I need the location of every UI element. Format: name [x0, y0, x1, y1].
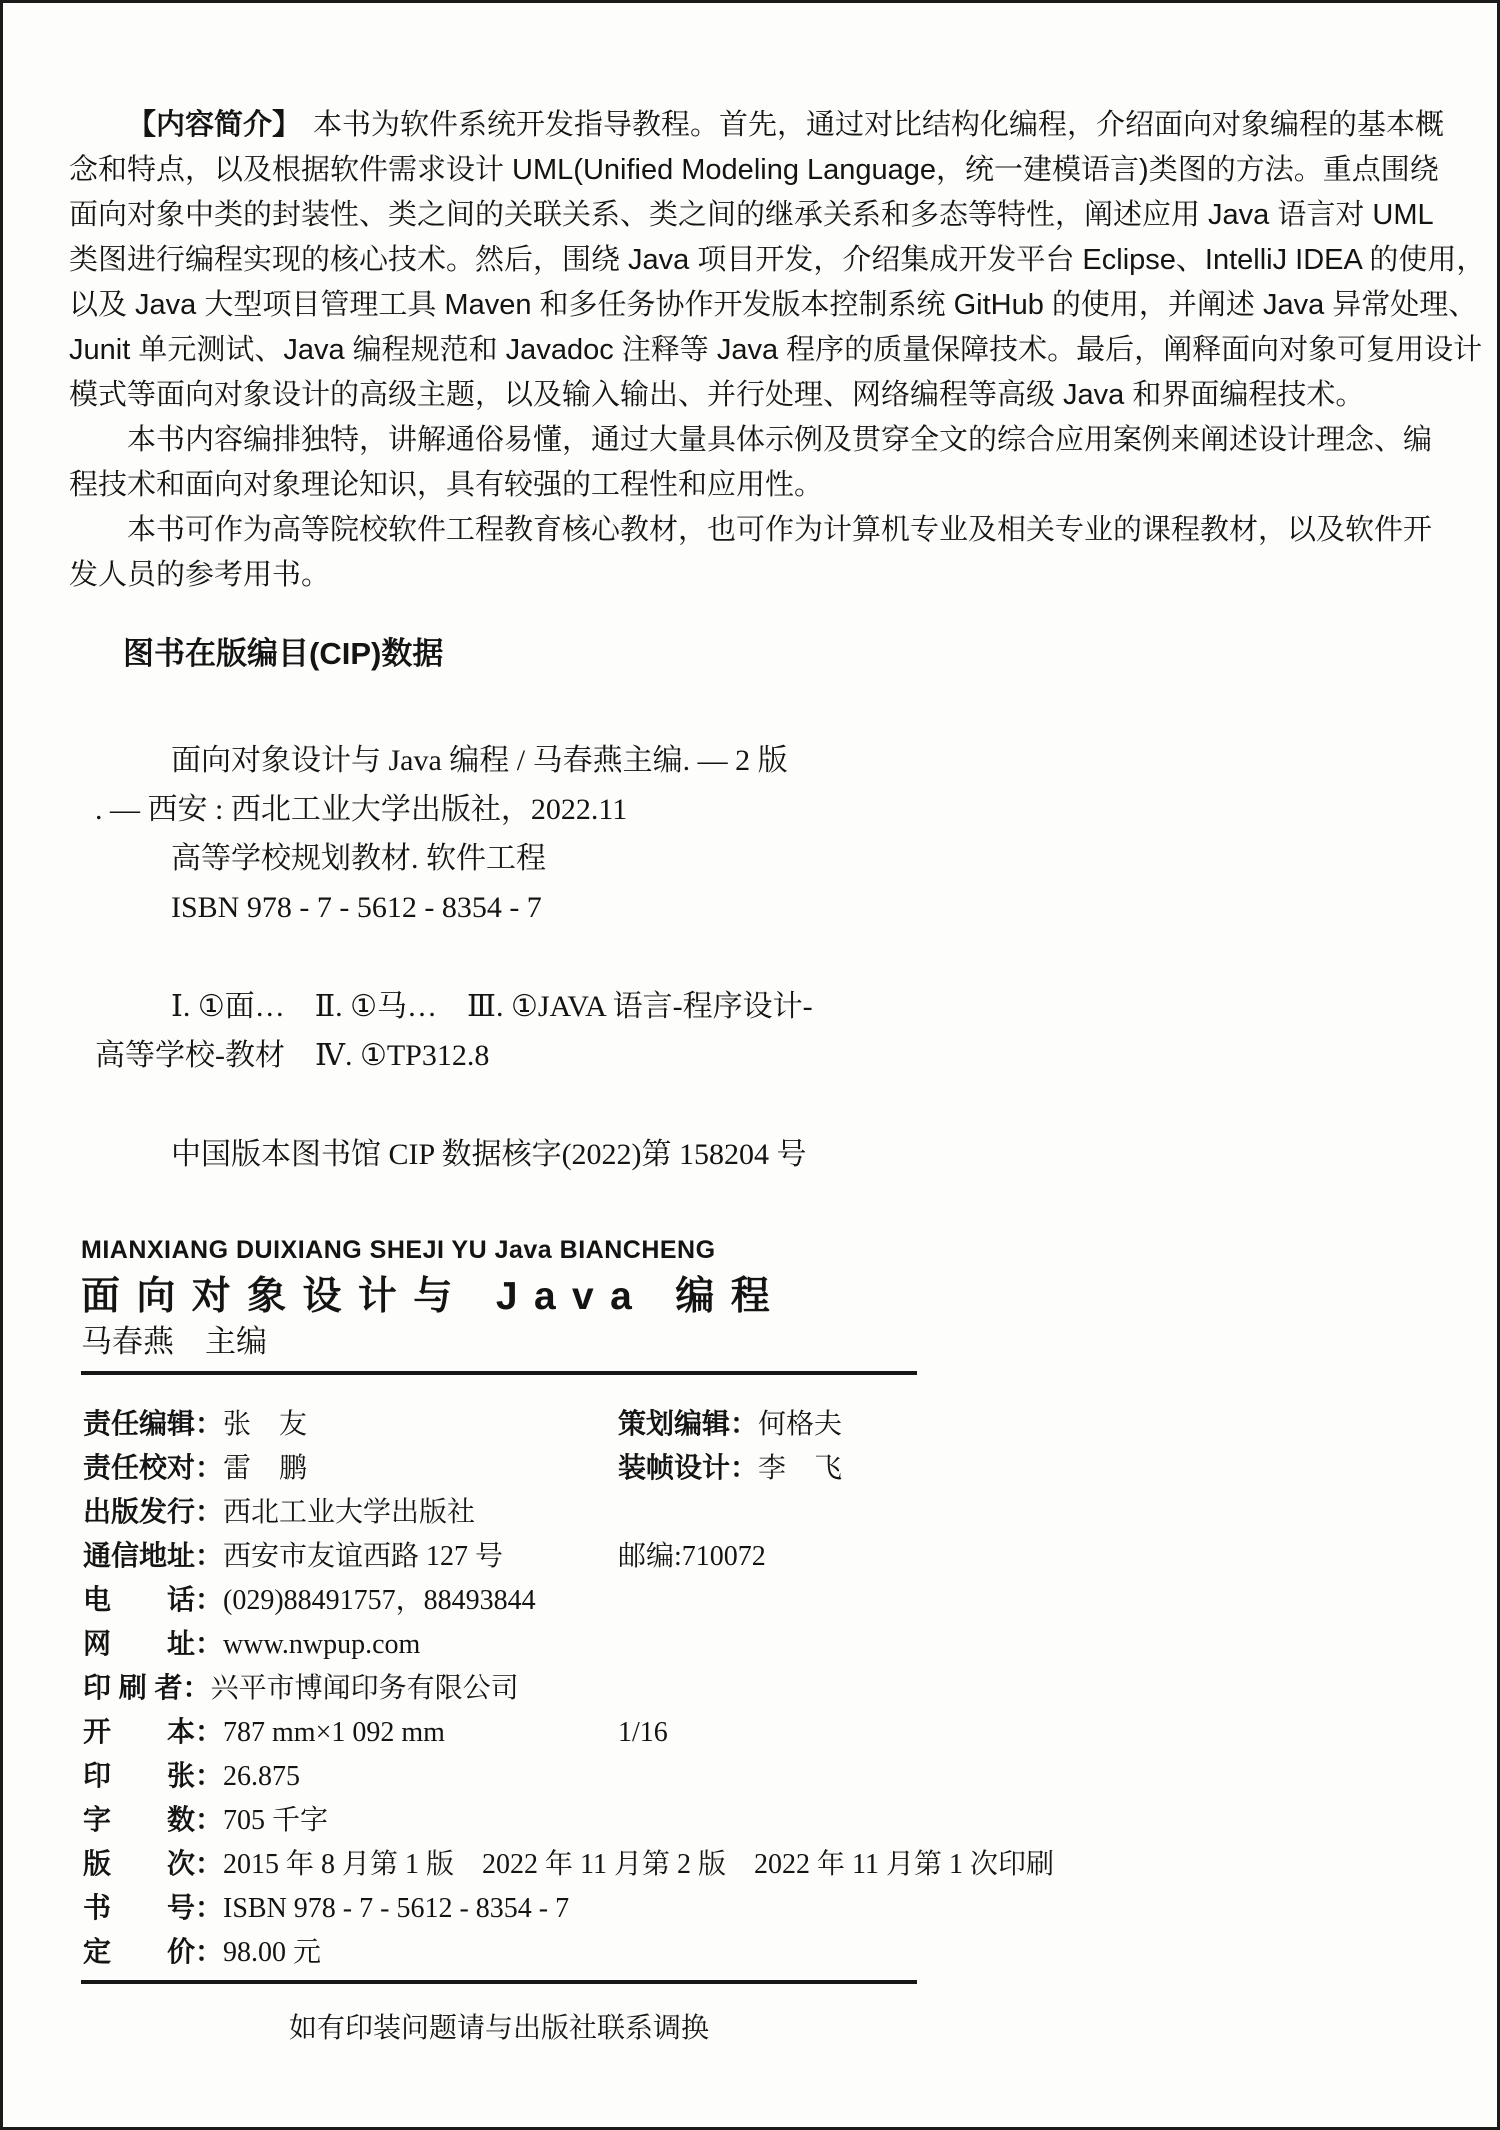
intro-line: 发人员的参考用书。: [69, 553, 1461, 598]
intro-line: 程技术和面向对象理论知识，具有较强的工程性和应用性。: [69, 463, 1461, 508]
colophon-value: 何格夫: [758, 1409, 842, 1440]
colophon-label: 策划编辑：: [618, 1408, 758, 1439]
title-block: MIANXIANG DUIXIANG SHEJI YU Java BIANCHE…: [81, 1233, 1497, 1363]
colophon-row: 责任编辑：张 友 策划编辑：何格夫: [83, 1402, 1497, 1446]
intro-text: 本书为软件系统开发指导教程。首先，通过对比结构化编程，介绍面向对象编程的基本概: [313, 109, 1444, 141]
colophon-value: (029)88491757，88493844: [223, 1585, 536, 1616]
book-title-pinyin: MIANXIANG DUIXIANG SHEJI YU Java BIANCHE…: [81, 1233, 1497, 1267]
edition-history: 2015 年 8 月第 1 版 2022 年 11 月第 2 版 2022 年 …: [223, 1849, 1054, 1880]
colophon-label: 责任编辑：: [83, 1408, 223, 1439]
cip-line: 面向对象设计与 Java 编程 / 马春燕主编. — 2 版: [95, 736, 1497, 785]
colophon-value: 李 飞: [758, 1453, 842, 1484]
colophon-row: 网 址：www.nwpup.com: [83, 1622, 1497, 1666]
intro-line: 模式等面向对象设计的高级主题，以及输入输出、并行处理、网络编程等高级 Java …: [69, 373, 1461, 418]
colophon-right-column: 策划编辑：何格夫: [618, 1402, 842, 1447]
cip-data-block: 面向对象设计与 Java 编程 / 马春燕主编. — 2 版 . — 西安 : …: [95, 736, 1497, 1179]
colophon-label: 定 价：: [83, 1936, 223, 1967]
summary-tag: 【内容简介】: [127, 109, 301, 141]
colophon-value: 兴平市博闻印务有限公司: [211, 1673, 519, 1704]
colophon-value: 705 千字: [223, 1805, 328, 1836]
colophon-label: 印 张：: [83, 1760, 223, 1791]
book-title: 面向对象设计与 Java 编程: [81, 1273, 1497, 1321]
cip-classification: 高等学校-教材 Ⅳ. ①TP312.8: [95, 1031, 1497, 1080]
content-summary: 【内容简介】本书为软件系统开发指导教程。首先，通过对比结构化编程，介绍面向对象编…: [69, 103, 1461, 598]
intro-line: 本书可作为高等院校软件工程教育核心教材，也可作为计算机专业及相关专业的课程教材，…: [69, 508, 1461, 553]
intro-line: 面向对象中类的封装性、类之间的关联关系、类之间的继承关系和多态等特性，阐述应用 …: [69, 193, 1461, 238]
colophon-value: 雷 鹏: [223, 1453, 307, 1484]
book-copyright-page: 【内容简介】本书为软件系统开发指导教程。首先，通过对比结构化编程，介绍面向对象编…: [0, 0, 1500, 2130]
cip-record-number: 中国版本图书馆 CIP 数据核字(2022)第 158204 号: [95, 1130, 1497, 1179]
colophon-value: 26.875: [223, 1761, 300, 1792]
colophon-row: 印 张：26.875: [83, 1754, 1497, 1798]
intro-line: 【内容简介】本书为软件系统开发指导教程。首先，通过对比结构化编程，介绍面向对象编…: [69, 103, 1461, 148]
colophon-row: 字 数：705 千字: [83, 1798, 1497, 1842]
colophon-row: 电 话：(029)88491757，88493844: [83, 1578, 1497, 1622]
divider-top: [81, 1371, 917, 1375]
colophon-row: 出版发行：西北工业大学出版社: [83, 1490, 1497, 1534]
colophon-label: 责任校对：: [83, 1452, 223, 1483]
intro-line: 念和特点，以及根据软件需求设计 UML(Unified Modeling Lan…: [69, 148, 1461, 193]
colophon-value: 张 友: [223, 1409, 307, 1440]
cip-classification: Ⅰ. ①面… Ⅱ. ①马… Ⅲ. ①JAVA 语言-程序设计-: [95, 982, 1497, 1031]
colophon-label: 出版发行：: [83, 1496, 223, 1527]
colophon-label: 印 刷 者：: [83, 1672, 211, 1703]
intro-line: 类图进行编程实现的核心技术。然后，围绕 Java 项目开发，介绍集成开发平台 E…: [69, 238, 1461, 283]
colophon-row: 通信地址：西安市友谊西路 127 号 邮编:710072: [83, 1534, 1497, 1578]
colophon-row: 定 价：98.00 元: [83, 1930, 1497, 1974]
colophon-right-column: 邮编:710072: [618, 1534, 766, 1579]
colophon-label: 版 次：: [83, 1848, 223, 1879]
divider-bottom: [81, 1980, 917, 1984]
format-fraction: 1/16: [618, 1717, 668, 1748]
colophon-label: 书 号：: [83, 1892, 223, 1923]
colophon-label: 网 址：: [83, 1628, 223, 1659]
colophon-row: 版 次：2015 年 8 月第 1 版 2022 年 11 月第 2 版 202…: [83, 1842, 1497, 1886]
cip-line: 高等学校规划教材. 软件工程: [95, 834, 1497, 883]
colophon-label: 开 本：: [83, 1716, 223, 1747]
colophon-label: 电 话：: [83, 1584, 223, 1615]
colophon-row: 书 号：ISBN 978 - 7 - 5612 - 8354 - 7: [83, 1886, 1497, 1930]
colophon-table: 责任编辑：张 友 策划编辑：何格夫 责任校对：雷 鹏 装帧设计：李 飞 出版发行…: [83, 1402, 1497, 1974]
cip-line: . — 西安 : 西北工业大学出版社，2022.11: [95, 785, 1497, 834]
colophon-value: 787 mm×1 092 mm: [223, 1717, 445, 1748]
colophon-label: 字 数：: [83, 1804, 223, 1835]
intro-line: 本书内容编排独特，讲解通俗易懂，通过大量具体示例及贯穿全文的综合应用案例来阐述设…: [69, 418, 1461, 463]
colophon-row: 责任校对：雷 鹏 装帧设计：李 飞: [83, 1446, 1497, 1490]
intro-line: 以及 Java 大型项目管理工具 Maven 和多任务协作开发版本控制系统 Gi…: [69, 283, 1461, 328]
colophon-label: 装帧设计：: [618, 1452, 758, 1483]
price: 98.00 元: [223, 1937, 321, 1968]
colophon-value: 西北工业大学出版社: [223, 1497, 475, 1528]
footer-note: 如有印装问题请与出版社联系调换: [81, 2008, 917, 2048]
colophon-right-column: 1/16: [618, 1710, 668, 1755]
colophon-right-column: 装帧设计：李 飞: [618, 1446, 842, 1491]
cip-isbn: ISBN 978 - 7 - 5612 - 8354 - 7: [95, 883, 1497, 932]
colophon-row: 印 刷 者：兴平市博闻印务有限公司: [83, 1666, 1497, 1710]
cip-heading: 图书在版编目(CIP)数据: [123, 634, 1497, 674]
book-author: 马春燕 主编: [81, 1321, 1497, 1363]
colophon-row: 开 本：787 mm×1 092 mm 1/16: [83, 1710, 1497, 1754]
isbn-number: ISBN 978 - 7 - 5612 - 8354 - 7: [223, 1893, 569, 1924]
colophon-label: 通信地址：: [83, 1540, 223, 1571]
intro-line: Junit 单元测试、Java 编程规范和 Javadoc 注释等 Java 程…: [69, 328, 1461, 373]
postal-code: 邮编:710072: [618, 1541, 766, 1572]
website-url: www.nwpup.com: [223, 1629, 420, 1660]
colophon-value: 西安市友谊西路 127 号: [223, 1541, 503, 1572]
